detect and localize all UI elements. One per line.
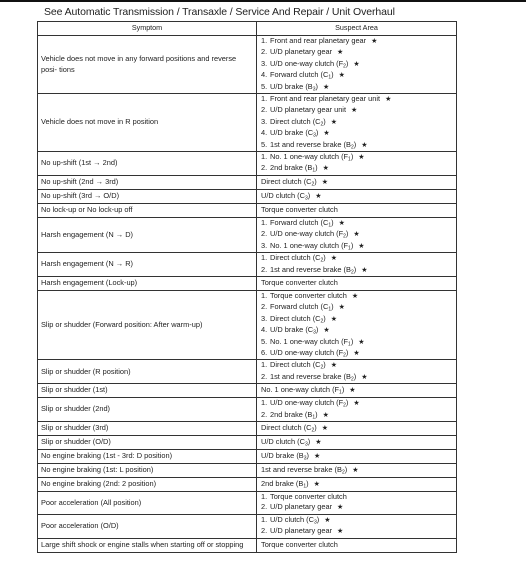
star-icon: ★	[358, 154, 364, 161]
item-text: Front and rear planetary gear	[270, 36, 366, 45]
item-number: 2.	[261, 265, 270, 275]
item-number: 3.	[261, 314, 270, 324]
suspect-area-cell: 1.Front and rear planetary gear★2.U/D pl…	[257, 36, 457, 94]
item-text: U/D clutch (C3)	[261, 437, 310, 446]
troubleshooting-table: Symptom Suspect Area Vehicle does not mo…	[37, 21, 457, 553]
table-row: Poor acceleration (All position)1.Torque…	[38, 491, 457, 514]
star-icon: ★	[337, 49, 343, 56]
item-number: 1.	[261, 94, 270, 104]
item-text: U/D clutch (C3)	[270, 515, 319, 524]
suspect-item: 3.Direct clutch (C2)★	[261, 314, 452, 325]
suspect-item: 3.Direct clutch (C2)★	[261, 117, 452, 128]
item-text: U/D planetary gear	[270, 502, 332, 511]
star-icon: ★	[349, 387, 355, 394]
star-icon: ★	[314, 481, 320, 488]
item-text: U/D one-way clutch (F2)	[270, 59, 348, 68]
suspect-item: 2.1st and reverse brake (B2)★	[261, 265, 452, 276]
suspect-area-cell: Direct clutch (C2)★	[257, 175, 457, 189]
column-header-symptom: Symptom	[38, 22, 257, 36]
item-text: 1st and reverse brake (B2)	[270, 265, 356, 274]
table-row: Poor acceleration (O/D)1.U/D clutch (C3)…	[38, 514, 457, 538]
star-icon: ★	[323, 84, 329, 91]
symptom-cell: No up-shift (1st → 2nd)	[38, 152, 257, 176]
suspect-item: 2.1st and reverse brake (B2)★	[261, 372, 452, 383]
suspect-item: 1.Front and rear planetary gear unit★	[261, 94, 452, 105]
star-icon: ★	[339, 72, 345, 79]
suspect-item: 2.2nd brake (B1)★	[261, 410, 452, 421]
top-border-bar	[0, 0, 526, 2]
suspect-area-cell: 2nd brake (B1)★	[257, 477, 457, 491]
item-number: 1.	[261, 360, 270, 370]
item-text: Torque converter clutch	[270, 492, 347, 501]
item-text: Direct clutch (C2)	[270, 117, 326, 126]
item-text: U/D planetary gear unit	[270, 105, 346, 114]
star-icon: ★	[315, 439, 321, 446]
suspect-item: U/D brake (B3)★	[261, 451, 452, 462]
star-icon: ★	[323, 327, 329, 334]
item-text: Torque converter clutch	[270, 291, 347, 300]
item-number: 4.	[261, 325, 270, 335]
suspect-item: 5.U/D brake (B3)★	[261, 82, 452, 93]
symptom-cell: No up-shift (3rd → O/D)	[38, 189, 257, 203]
item-text: No. 1 one-way clutch (F1)	[261, 385, 344, 394]
symptom-cell: Slip or shudder (R position)	[38, 360, 257, 384]
suspect-item: 4.U/D brake (C3)★	[261, 128, 452, 139]
symptom-cell: Harsh engagement (N → D)	[38, 217, 257, 252]
item-number: 1.	[261, 218, 270, 228]
table-row: Harsh engagement (Lock-up)Torque convert…	[38, 276, 457, 290]
symptom-cell: Vehicle does not move in R position	[38, 94, 257, 152]
suspect-item: 2.U/D one-way clutch (F2)★	[261, 229, 452, 240]
symptom-cell: Poor acceleration (All position)	[38, 491, 257, 514]
table-header-row: Symptom Suspect Area	[38, 22, 457, 36]
table-row: Slip or shudder (2nd)1.U/D one-way clutc…	[38, 398, 457, 422]
star-icon: ★	[323, 165, 329, 172]
item-number: 2.	[261, 163, 270, 173]
suspect-item: 1.Direct clutch (C2)★	[261, 360, 452, 371]
item-number: 6.	[261, 348, 270, 358]
star-icon: ★	[339, 304, 345, 311]
suspect-item: 1.Torque converter clutch★	[261, 291, 452, 302]
item-text: U/D one-way clutch (F2)	[270, 398, 348, 407]
table-row: Harsh engagement (N → R)1.Direct clutch …	[38, 253, 457, 277]
symptom-cell: No engine braking (1st: L position)	[38, 463, 257, 477]
item-number: 2.	[261, 526, 270, 536]
suspect-item: 2nd brake (B1)★	[261, 479, 452, 490]
item-number: 2.	[261, 302, 270, 312]
suspect-area-cell: 1.Forward clutch (C1)★2.U/D one-way clut…	[257, 217, 457, 252]
suspect-item: Direct clutch (C2)★	[261, 177, 452, 188]
item-number: 5.	[261, 82, 270, 92]
suspect-item: U/D clutch (C3)★	[261, 191, 452, 202]
star-icon: ★	[322, 179, 328, 186]
star-icon: ★	[322, 425, 328, 432]
item-text: Forward clutch (C1)	[270, 218, 334, 227]
suspect-item: No. 1 one-way clutch (F1)★	[261, 385, 452, 396]
star-icon: ★	[331, 119, 337, 126]
item-number: 1.	[261, 253, 270, 263]
suspect-item: 1.Direct clutch (C2)★	[261, 253, 452, 264]
item-text: U/D clutch (C3)	[261, 191, 310, 200]
item-text: 1st and reverse brake (B2)	[261, 465, 347, 474]
suspect-item: Torque converter clutch	[261, 205, 452, 215]
star-icon: ★	[331, 316, 337, 323]
item-text: U/D planetary gear	[270, 47, 332, 56]
table-row: Slip or shudder (Forward position: After…	[38, 290, 457, 359]
suspect-item: 2.2nd brake (B1)★	[261, 163, 452, 174]
symptom-cell: Large shift shock or engine stalls when …	[38, 538, 257, 552]
table-row: Vehicle does not move in R position1.Fro…	[38, 94, 457, 152]
table-row: Slip or shudder (O/D)U/D clutch (C3)★	[38, 435, 457, 449]
table-row: Slip or shudder (R position)1.Direct clu…	[38, 360, 457, 384]
table-row: No up-shift (3rd → O/D)U/D clutch (C3)★	[38, 189, 457, 203]
suspect-item: 2.Forward clutch (C1)★	[261, 302, 452, 313]
suspect-area-cell: 1.U/D clutch (C3)★2.U/D planetary gear★	[257, 514, 457, 538]
column-header-suspect-area: Suspect Area	[257, 22, 457, 36]
suspect-item: 3.U/D one-way clutch (F2)★	[261, 59, 452, 70]
star-icon: ★	[315, 193, 321, 200]
item-number: 2.	[261, 229, 270, 239]
item-text: No. 1 one-way clutch (F1)	[270, 337, 353, 346]
star-icon: ★	[361, 267, 367, 274]
suspect-item: 2.U/D planetary gear★	[261, 526, 452, 537]
symptom-cell: Harsh engagement (Lock-up)	[38, 276, 257, 290]
item-number: 2.	[261, 47, 270, 57]
suspect-area-cell: 1.Torque converter clutch★2.Forward clut…	[257, 290, 457, 359]
suspect-item: 1.No. 1 one-way clutch (F1)★	[261, 152, 452, 163]
star-icon: ★	[361, 374, 367, 381]
symptom-cell: No engine braking (2nd: 2 position)	[38, 477, 257, 491]
suspect-area-cell: Torque converter clutch	[257, 203, 457, 217]
table-row: Harsh engagement (N → D)1.Forward clutch…	[38, 217, 457, 252]
table-row: No up-shift (1st → 2nd)1.No. 1 one-way c…	[38, 152, 457, 176]
suspect-item: 1st and reverse brake (B2)★	[261, 465, 452, 476]
star-icon: ★	[337, 504, 343, 511]
item-text: Direct clutch (C2)	[270, 314, 326, 323]
item-text: Torque converter clutch	[261, 540, 338, 549]
item-text: Torque converter clutch	[261, 278, 338, 287]
star-icon: ★	[314, 453, 320, 460]
suspect-area-cell: 1.U/D one-way clutch (F2)★2.2nd brake (B…	[257, 398, 457, 422]
suspect-area-cell: Torque converter clutch	[257, 276, 457, 290]
star-icon: ★	[351, 107, 357, 114]
star-icon: ★	[353, 350, 359, 357]
star-icon: ★	[385, 96, 391, 103]
symptom-cell: Slip or shudder (2nd)	[38, 398, 257, 422]
page-caption: See Automatic Transmission / Transaxle /…	[44, 6, 395, 18]
star-icon: ★	[358, 339, 364, 346]
suspect-item: 1.U/D one-way clutch (F2)★	[261, 398, 452, 409]
item-number: 2.	[261, 105, 270, 115]
table-row: No engine braking (1st - 3rd: D position…	[38, 449, 457, 463]
suspect-item: 4.U/D brake (C3)★	[261, 325, 452, 336]
suspect-area-cell: U/D clutch (C3)★	[257, 189, 457, 203]
suspect-area-cell: Direct clutch (C2)★	[257, 421, 457, 435]
table-row: Large shift shock or engine stalls when …	[38, 538, 457, 552]
star-icon: ★	[339, 220, 345, 227]
item-text: Direct clutch (C2)	[261, 177, 317, 186]
table-row: No engine braking (2nd: 2 position)2nd b…	[38, 477, 457, 491]
symptom-cell: Slip or shudder (1st)	[38, 384, 257, 398]
star-icon: ★	[353, 400, 359, 407]
item-number: 5.	[261, 140, 270, 150]
item-number: 3.	[261, 59, 270, 69]
suspect-item: U/D clutch (C3)★	[261, 437, 452, 448]
item-text: 1st and reverse brake (B2)	[270, 140, 356, 149]
table-row: No lock-up or No lock-up offTorque conve…	[38, 203, 457, 217]
symptom-cell: Slip or shudder (O/D)	[38, 435, 257, 449]
item-number: 3.	[261, 117, 270, 127]
item-text: 2nd brake (B1)	[270, 410, 318, 419]
item-number: 1.	[261, 152, 270, 162]
suspect-area-cell: 1.No. 1 one-way clutch (F1)★2.2nd brake …	[257, 152, 457, 176]
item-number: 1.	[261, 515, 270, 525]
item-text: Direct clutch (C2)	[270, 253, 326, 262]
item-text: 2nd brake (B1)	[261, 479, 309, 488]
item-number: 2.	[261, 410, 270, 420]
item-text: 1st and reverse brake (B2)	[270, 372, 356, 381]
suspect-item: Torque converter clutch	[261, 540, 452, 550]
symptom-cell: Slip or shudder (3rd)	[38, 421, 257, 435]
suspect-item: 1.Forward clutch (C1)★	[261, 218, 452, 229]
item-number: 1.	[261, 291, 270, 301]
item-text: Forward clutch (C1)	[270, 70, 334, 79]
star-icon: ★	[323, 412, 329, 419]
table-row: Slip or shudder (3rd)Direct clutch (C2)★	[38, 421, 457, 435]
table-row: Vehicle does not move in any forward pos…	[38, 36, 457, 94]
suspect-area-cell: 1.Direct clutch (C2)★2.1st and reverse b…	[257, 253, 457, 277]
suspect-area-cell: 1st and reverse brake (B2)★	[257, 463, 457, 477]
item-text: No. 1 one-way clutch (F1)	[270, 152, 353, 161]
suspect-item: 2.U/D planetary gear★	[261, 47, 452, 58]
item-text: Front and rear planetary gear unit	[270, 94, 380, 103]
item-number: 4.	[261, 70, 270, 80]
star-icon: ★	[324, 517, 330, 524]
item-text: U/D brake (C3)	[270, 325, 318, 334]
suspect-area-cell: Torque converter clutch	[257, 538, 457, 552]
item-number: 2.	[261, 372, 270, 382]
item-text: Direct clutch (C2)	[261, 423, 317, 432]
item-text: U/D brake (B3)	[261, 451, 309, 460]
item-number: 5.	[261, 337, 270, 347]
item-text: 2nd brake (B1)	[270, 163, 318, 172]
item-number: 1.	[261, 36, 270, 46]
star-icon: ★	[352, 467, 358, 474]
star-icon: ★	[361, 142, 367, 149]
suspect-item: 1.Front and rear planetary gear★	[261, 36, 452, 47]
suspect-area-cell: No. 1 one-way clutch (F1)★	[257, 384, 457, 398]
suspect-item: 3.No. 1 one-way clutch (F1)★	[261, 241, 452, 252]
item-number: 1.	[261, 492, 270, 502]
table-row: No up-shift (2nd → 3rd)Direct clutch (C2…	[38, 175, 457, 189]
symptom-cell: Poor acceleration (O/D)	[38, 514, 257, 538]
suspect-item: 5.1st and reverse brake (B2)★	[261, 140, 452, 151]
suspect-item: 1.Torque converter clutch	[261, 492, 452, 502]
symptom-cell: Harsh engagement (N → R)	[38, 253, 257, 277]
suspect-item: 1.U/D clutch (C3)★	[261, 515, 452, 526]
item-text: Torque converter clutch	[261, 205, 338, 214]
item-number: 1.	[261, 398, 270, 408]
suspect-item: 2.U/D planetary gear★	[261, 502, 452, 513]
symptom-cell: Vehicle does not move in any forward pos…	[38, 36, 257, 94]
star-icon: ★	[352, 293, 358, 300]
item-text: U/D brake (C3)	[270, 128, 318, 137]
suspect-item: 6.U/D one-way clutch (F2)★	[261, 348, 452, 359]
suspect-area-cell: U/D clutch (C3)★	[257, 435, 457, 449]
suspect-item: Direct clutch (C2)★	[261, 423, 452, 434]
suspect-item: 2.U/D planetary gear unit★	[261, 105, 452, 116]
suspect-area-cell: 1.Direct clutch (C2)★2.1st and reverse b…	[257, 360, 457, 384]
star-icon: ★	[353, 231, 359, 238]
item-text: No. 1 one-way clutch (F1)	[270, 241, 353, 250]
suspect-item: Torque converter clutch	[261, 278, 452, 288]
star-icon: ★	[323, 130, 329, 137]
symptom-cell: No engine braking (1st - 3rd: D position…	[38, 449, 257, 463]
suspect-area-cell: 1.Torque converter clutch2.U/D planetary…	[257, 491, 457, 514]
item-text: Forward clutch (C1)	[270, 302, 334, 311]
star-icon: ★	[371, 38, 377, 45]
star-icon: ★	[331, 255, 337, 262]
star-icon: ★	[353, 61, 359, 68]
star-icon: ★	[331, 362, 337, 369]
item-text: U/D one-way clutch (F2)	[270, 348, 348, 357]
symptom-cell: No up-shift (2nd → 3rd)	[38, 175, 257, 189]
item-number: 3.	[261, 241, 270, 251]
item-text: Direct clutch (C2)	[270, 360, 326, 369]
suspect-area-cell: 1.Front and rear planetary gear unit★2.U…	[257, 94, 457, 152]
symptom-cell: No lock-up or No lock-up off	[38, 203, 257, 217]
suspect-item: 4.Forward clutch (C1)★	[261, 70, 452, 81]
star-icon: ★	[358, 243, 364, 250]
item-text: U/D one-way clutch (F2)	[270, 229, 348, 238]
item-text: U/D brake (B3)	[270, 82, 318, 91]
table-row: No engine braking (1st: L position)1st a…	[38, 463, 457, 477]
item-text: U/D planetary gear	[270, 526, 332, 535]
table-row: Slip or shudder (1st)No. 1 one-way clutc…	[38, 384, 457, 398]
symptom-cell: Slip or shudder (Forward position: After…	[38, 290, 257, 359]
suspect-item: 5.No. 1 one-way clutch (F1)★	[261, 337, 452, 348]
suspect-area-cell: U/D brake (B3)★	[257, 449, 457, 463]
item-number: 2.	[261, 502, 270, 512]
star-icon: ★	[337, 528, 343, 535]
item-number: 4.	[261, 128, 270, 138]
